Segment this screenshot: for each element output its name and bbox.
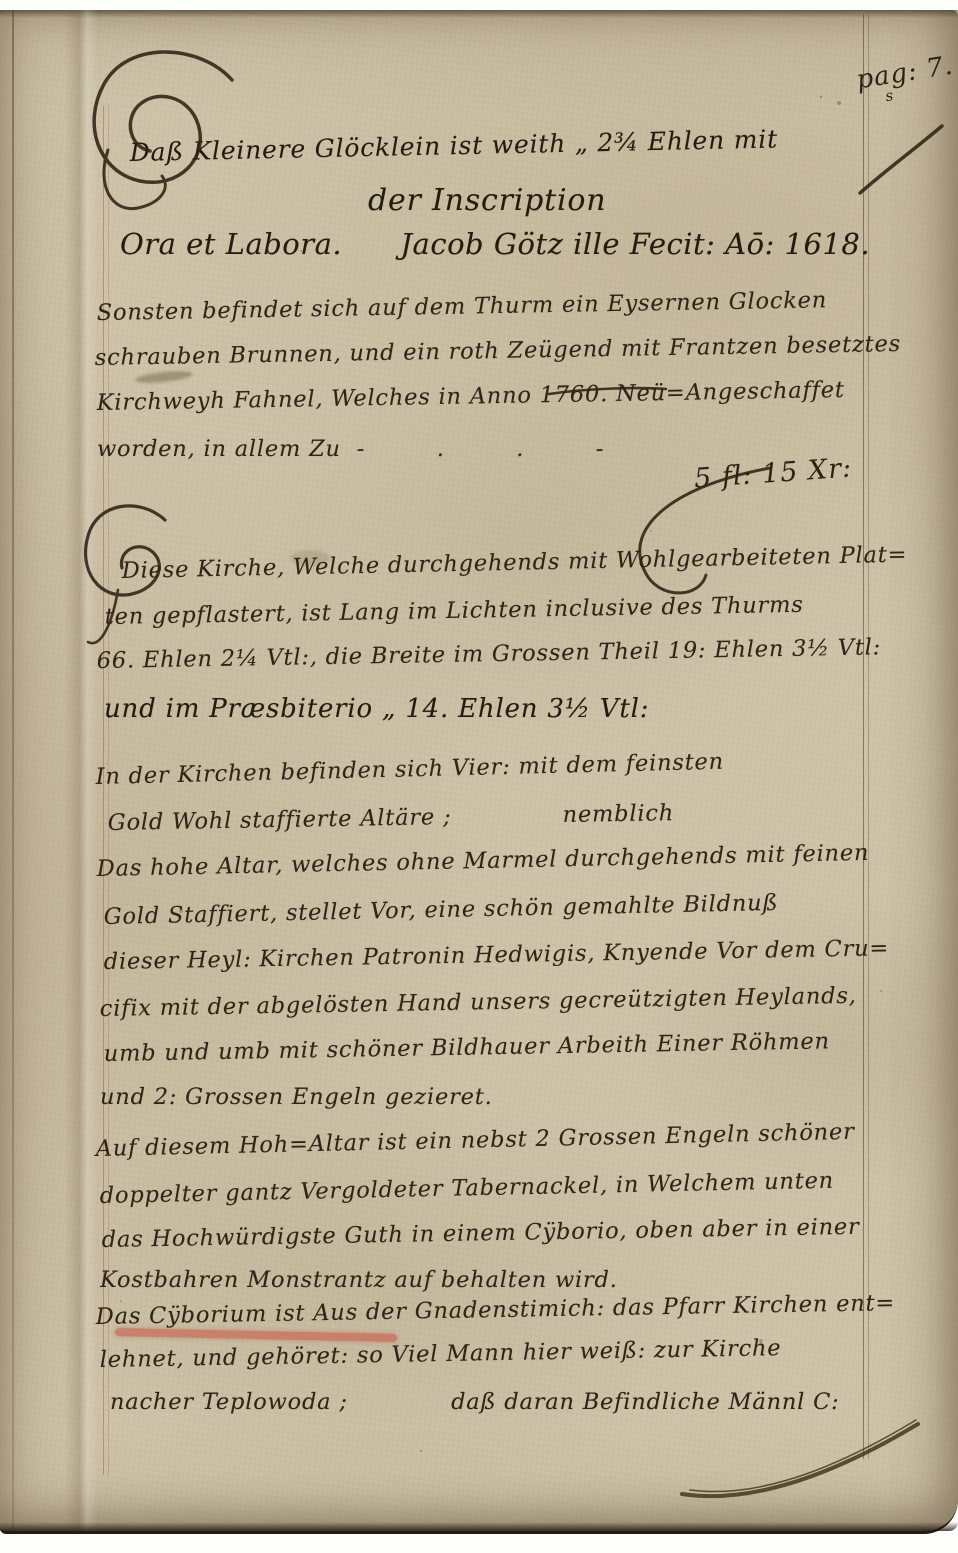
text-line-p7-3: nacher Teplowoda ; daß daran Befindliche… [110,1391,840,1414]
scan-background: pag: 7. s Daß Kleinere Glöcklein ist wei… [0,0,958,1553]
text-line-p1-2: der Inscription [368,186,606,216]
text-line-p6-4: Kostbahren Monstrantz auf behalten wird. [100,1269,618,1292]
text-line-p3-4: und im Præsbiterio „ 14. Ehlen 3½ Vtl: [104,696,649,722]
binding-fold [64,10,98,1531]
text-line-p1-3: Ora et Labora. Jacob Götz ille Fecit: Aō… [120,230,870,259]
paper-specks [0,10,2,12]
text-line-p5-6: und 2: Grossen Engeln gezieret. [100,1086,493,1109]
ink-smudge [135,369,194,385]
text-line-p2-4: worden, in allem Zu - . . - [97,438,604,461]
spine-crease [12,10,14,1531]
